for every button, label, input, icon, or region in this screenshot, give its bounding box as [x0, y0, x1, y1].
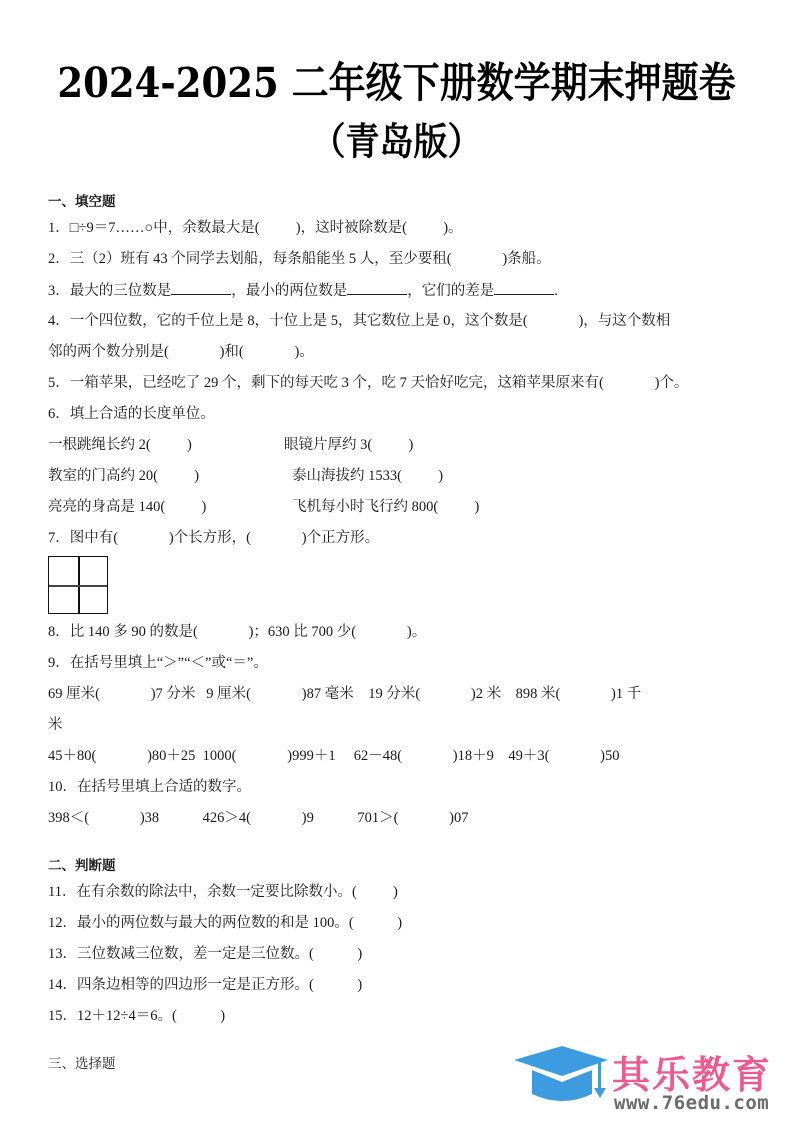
q6-item-rope: 一根跳绳长约 2( ) [48, 435, 192, 455]
question-12: 12．最小的两位数与最大的两位数的和是 100。( ) [48, 913, 402, 933]
question-13: 13．三位数减三位数，差一定是三位数。( ) [48, 944, 362, 964]
q3-text-a: 3．最大的三位数是 [48, 283, 171, 299]
answer-blank[interactable] [494, 280, 554, 295]
section-heading-fill-in: 一、填空题 [48, 192, 116, 212]
question-5: 5．一箱苹果，已经吃了 29 个，剩下的每天吃 3 个，吃 7 天恰好吃完，这箱… [48, 373, 688, 393]
brand-url: www.76edu.com [614, 1092, 769, 1114]
q6-item-lens: 眼镜片厚约 3( ) [284, 435, 413, 455]
question-9: 9．在括号里填上“＞”“＜”或“＝”。 [48, 653, 268, 673]
section-heading-multiple-choice: 三、选择题 [48, 1054, 116, 1074]
question-10: 10．在括号里填上合适的数字。 [48, 777, 251, 797]
question-4-line2: 邻的两个数分别是( )和( )。 [48, 342, 314, 362]
q9-row-1: 69 厘米( )7 分米 9 厘米( )87 毫米 19 分米( )2 米 89… [48, 684, 641, 704]
question-4-line1: 4．一个四位数，它的千位上是 8，十位上是 5，其它数位上是 0，这个数是( )… [48, 311, 670, 331]
document-subtitle: （青岛版） [0, 112, 793, 166]
question-8: 8．比 140 多 90 的数是( )；630 比 700 少( )。 [48, 622, 426, 642]
q3-text-c: ，它们的差是 [407, 283, 494, 299]
question-6: 6．填上合适的长度单位。 [48, 404, 215, 424]
section-heading-true-false: 二、判断题 [48, 856, 116, 876]
rectangle-grid-figure [48, 556, 108, 614]
answer-blank[interactable] [171, 280, 231, 295]
q3-text-b: ，最小的两位数是 [231, 283, 347, 299]
question-14: 14．四条边相等的四边形一定是正方形。( ) [48, 975, 362, 995]
answer-blank[interactable] [347, 280, 407, 295]
brand-name: 其乐教育 [612, 1044, 772, 1099]
q9-row-1-wrap: 米 [48, 715, 63, 735]
graduation-cap-icon [512, 1044, 608, 1110]
q3-text-d: . [554, 283, 558, 299]
brand-logo: 其乐教育 www.76edu.com [512, 1042, 782, 1112]
document-title: 2024-2025 二年级下册数学期末押题卷 [0, 49, 793, 109]
q9-row-2: 45＋80( )80＋25 1000( )999＋1 62－48( )18＋9 … [48, 746, 620, 766]
q6-item-door: 教室的门高约 20( ) [48, 466, 199, 486]
q6-item-height: 亮亮的身高是 140( ) [48, 497, 206, 517]
question-3: 3．最大的三位数是，最小的两位数是，它们的差是. [48, 280, 558, 301]
question-15: 15．12＋12÷4＝6。( ) [48, 1006, 225, 1026]
question-1: 1．□÷9＝7……○中，余数最大是( )，这时被除数是( )。 [48, 218, 463, 238]
question-7: 7．图中有( )个长方形，( )个正方形。 [48, 528, 379, 548]
question-2: 2．三（2）班有 43 个同学去划船，每条船能坐 5 人，至少要租( )条船。 [48, 249, 551, 269]
grid-horizontal-line [49, 585, 107, 587]
question-11: 11．在有余数的除法中，余数一定要比除数小。( ) [48, 882, 398, 902]
q6-item-taishan: 泰山海拔约 1533( ) [292, 466, 443, 486]
q10-row: 398＜( )38 426＞4( )9 701＞( )07 [48, 808, 468, 828]
q6-item-plane: 飞机每小时飞行约 800( ) [292, 497, 479, 517]
